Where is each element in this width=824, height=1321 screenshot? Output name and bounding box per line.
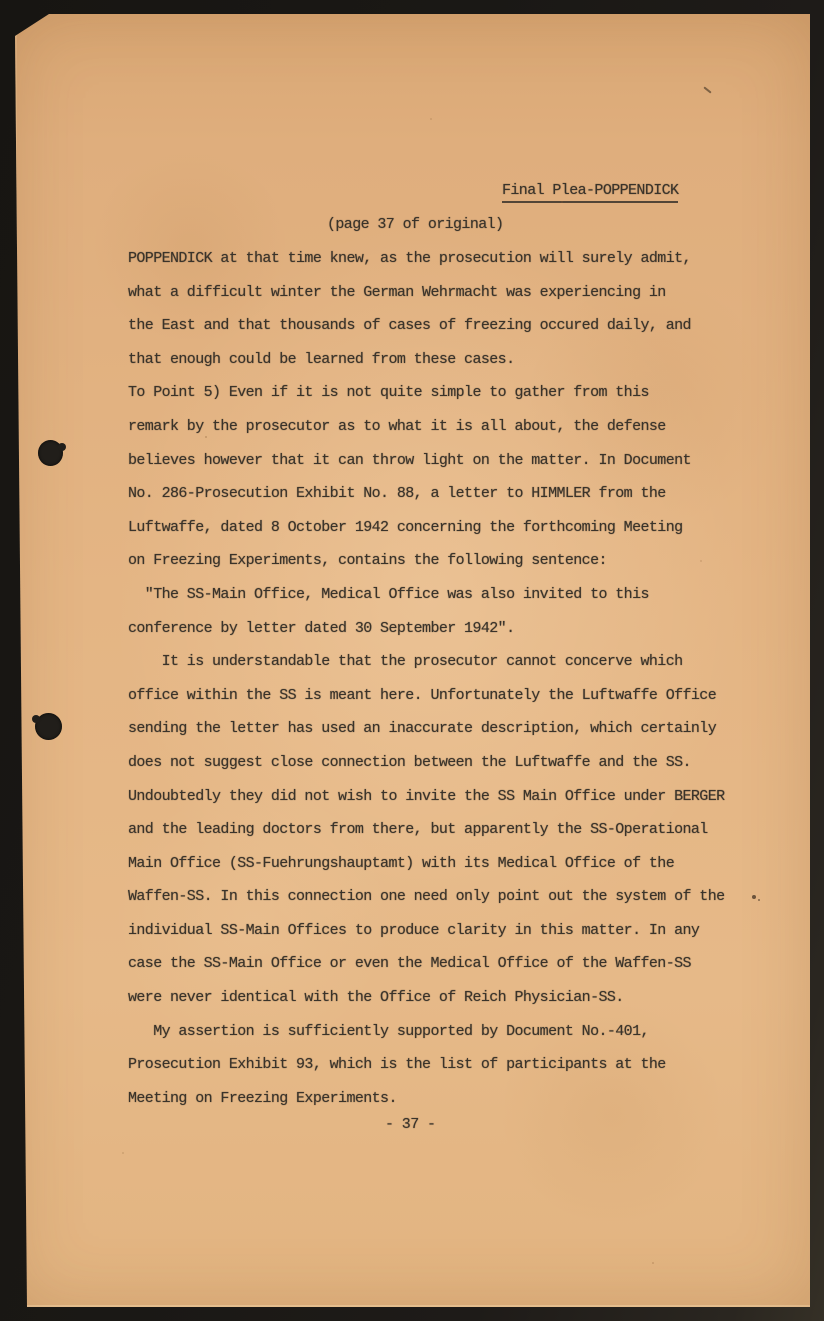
paper-speckles <box>0 0 2 2</box>
body-text: POPPENDICK at that time knew, as the pro… <box>128 242 768 1115</box>
text-line: sending the letter has used an inaccurat… <box>128 712 768 746</box>
text-line: on Freezing Experiments, contains the fo… <box>128 544 768 578</box>
text-line: what a difficult winter the German Wehrm… <box>128 276 768 310</box>
text-line: Undoubtedly they did not wish to invite … <box>128 780 768 814</box>
text-line: that enough could be learned from these … <box>128 343 768 377</box>
text-line: office within the SS is meant here. Unfo… <box>128 679 768 713</box>
hole-punch-bottom <box>35 713 62 740</box>
text-line: and the leading doctors from there, but … <box>128 813 768 847</box>
text-line: the East and that thousands of cases of … <box>128 309 768 343</box>
page-reference-subtitle: (page 37 of original) <box>327 216 503 233</box>
text-line: conference by letter dated 30 September … <box>128 612 768 646</box>
text-line: individual SS-Main Offices to produce cl… <box>128 914 768 948</box>
text-line: does not suggest close connection betwee… <box>128 746 768 780</box>
hole-punch-top <box>38 440 63 466</box>
text-line: No. 286-Prosecution Exhibit No. 88, a le… <box>128 477 768 511</box>
text-line: It is understandable that the prosecutor… <box>128 645 768 679</box>
text-line: Luftwaffe, dated 8 October 1942 concerni… <box>128 511 768 545</box>
text-line: Meeting on Freezing Experiments. <box>128 1082 768 1116</box>
text-line: My assertion is sufficiently supported b… <box>128 1015 768 1049</box>
text-line: remark by the prosecutor as to what it i… <box>128 410 768 444</box>
text-line: were never identical with the Office of … <box>128 981 768 1015</box>
scan-background: Final Plea-POPPENDICK (page 37 of origin… <box>0 0 824 1321</box>
text-line: POPPENDICK at that time knew, as the pro… <box>128 242 768 276</box>
text-line: Prosecution Exhibit 93, which is the lis… <box>128 1048 768 1082</box>
text-line: To Point 5) Even if it is not quite simp… <box>128 376 768 410</box>
text-line: case the SS-Main Office or even the Medi… <box>128 947 768 981</box>
page-number: - 37 - <box>385 1116 435 1133</box>
text-line: Main Office (SS-Fuehrungshauptamt) with … <box>128 847 768 881</box>
document-title: Final Plea-POPPENDICK <box>502 182 678 203</box>
text-line: Waffen-SS. In this connection one need o… <box>128 880 768 914</box>
text-line: believes however that it can throw light… <box>128 444 768 478</box>
text-line: "The SS-Main Office, Medical Office was … <box>128 578 768 612</box>
